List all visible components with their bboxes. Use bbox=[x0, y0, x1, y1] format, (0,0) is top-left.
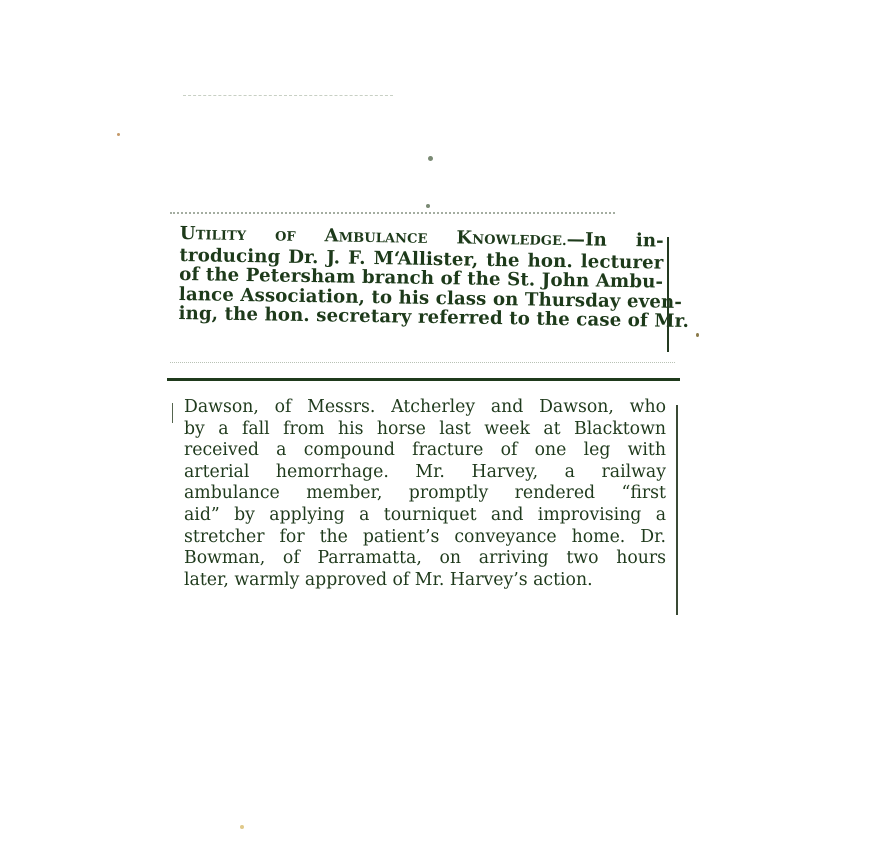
torn-edge-top bbox=[183, 95, 393, 97]
text-line: later, warmly approved of Mr. Harvey’s a… bbox=[184, 570, 666, 592]
speck bbox=[240, 825, 244, 829]
text-line: aid” by applying a tourniquet and improv… bbox=[184, 505, 666, 527]
text-line: Dawson, of Messrs. Atcherley and Dawson,… bbox=[184, 397, 666, 419]
column-rule-left bbox=[172, 403, 173, 423]
speck bbox=[428, 156, 433, 161]
text-line: stretcher for the patient’s conveyance h… bbox=[184, 527, 666, 549]
upper-paragraph: UTILITY OF AMBULANCE KNOWLEDGE.—In in- t… bbox=[178, 224, 664, 331]
clipping-lower-fragment: Dawson, of Messrs. Atcherley and Dawson,… bbox=[172, 395, 682, 615]
column-rule-right bbox=[667, 237, 669, 352]
torn-edge-bottom bbox=[170, 362, 675, 363]
text-line: arterial hemorrhage. Mr. Harvey, a railw… bbox=[184, 462, 666, 484]
text-line: ambulance member, promptly rendered “fir… bbox=[184, 483, 666, 505]
text-line: Bowman, of Parramatta, on arriving two h… bbox=[184, 548, 666, 570]
speck bbox=[117, 133, 120, 136]
column-rule-right bbox=[676, 405, 678, 615]
text-line: received a compound fracture of one leg … bbox=[184, 440, 666, 462]
column-separator-rule bbox=[167, 378, 680, 381]
lower-paragraph: Dawson, of Messrs. Atcherley and Dawson,… bbox=[184, 397, 666, 591]
speck bbox=[426, 204, 430, 208]
speck bbox=[696, 333, 699, 337]
text-line: by a fall from his horse last week at Bl… bbox=[184, 419, 666, 441]
clipping-upper-fragment: UTILITY OF AMBULANCE KNOWLEDGE.—In in- t… bbox=[170, 212, 670, 372]
torn-edge bbox=[170, 212, 615, 220]
